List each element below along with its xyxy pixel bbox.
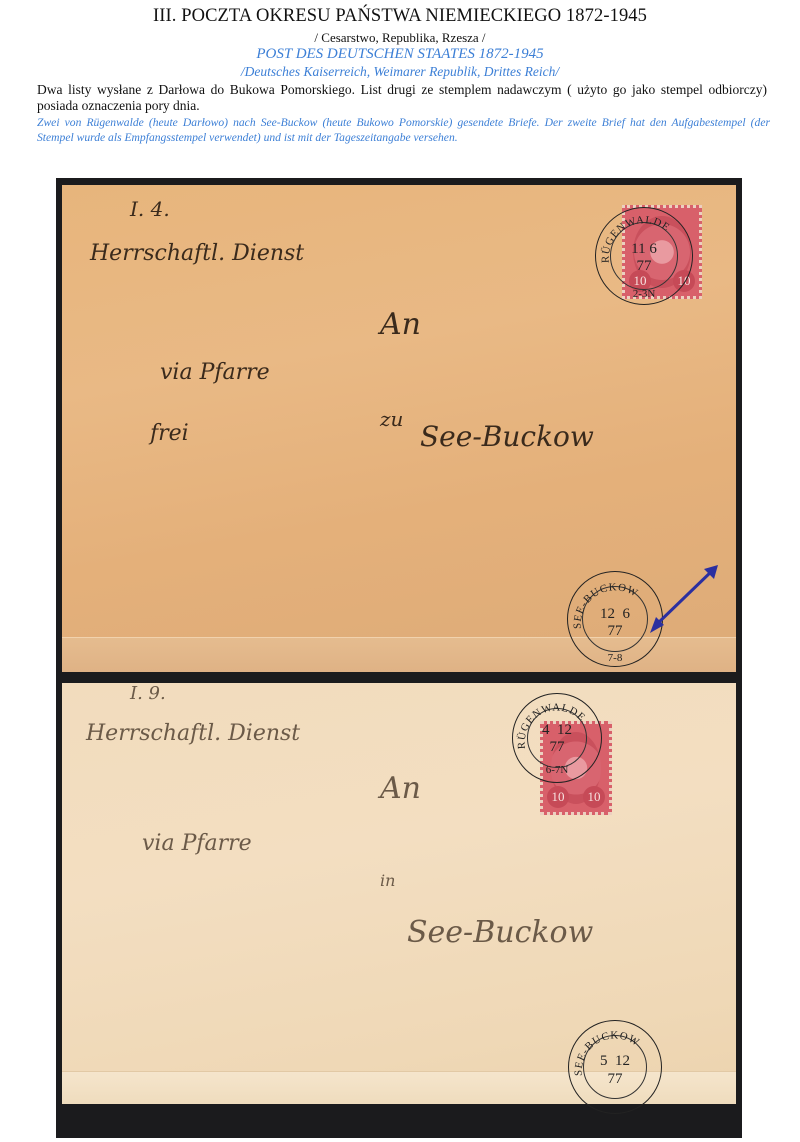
arrow-pointer-icon: [642, 563, 722, 643]
page-subtitle-pl: / Cesarstwo, Republika, Rzesza /: [0, 30, 800, 46]
letter-cover-2: I. 9. Herrschaftl. Dienst An via Pfarre …: [62, 683, 736, 1103]
svg-text:SEE-BUCKOW: SEE-BUCKOW: [572, 581, 641, 629]
handwriting-service: Herrschaftl. Dienst: [90, 241, 304, 266]
page-title: III. POCZTA OKRESU PAŃSTWA NIEMIECKIEGO …: [0, 6, 800, 27]
handwriting-to: in: [380, 871, 395, 890]
handwriting-frei: frei: [150, 421, 189, 446]
svg-text:RÜGENWALDE: RÜGENWALDE: [600, 214, 672, 263]
origin-postmark: 4 12 77 6-7N RÜGENWALDE: [512, 693, 602, 783]
handwriting-via: via Pfarre: [160, 360, 270, 385]
arrival-postmark: 5 12 77 SEE-BUCKOW: [568, 1020, 662, 1114]
origin-postmark: 11 6 77 2-3N RÜGENWALDE: [595, 207, 693, 305]
postmark-town: RÜGENWALDE: [513, 694, 601, 782]
svg-text:SEE-BUCKOW: SEE-BUCKOW: [573, 1029, 642, 1076]
handwriting-service: Herrschaftl. Dienst: [86, 721, 300, 746]
description-pl: Dwa listy wysłane z Darłowa do Bukowa Po…: [37, 82, 767, 114]
page-subtitle-de: /Deutsches Kaiserreich, Weimarer Republi…: [0, 64, 800, 80]
handwriting-destination: See-Buckow: [407, 915, 593, 950]
handwriting-via: via Pfarre: [142, 831, 252, 856]
handwriting-salutation: An: [380, 307, 421, 342]
handwriting-ref: I. 9.: [130, 683, 166, 704]
handwriting-to: zu: [380, 407, 403, 431]
stamp-value: 10: [583, 786, 605, 808]
handwriting-salutation: An: [380, 771, 421, 806]
handwriting-ref: I. 4.: [130, 197, 170, 221]
letter-cover-1: I. 4. Herrschaftl. Dienst An via Pfarre …: [62, 185, 736, 671]
svg-text:RÜGENWALDE: RÜGENWALDE: [516, 702, 588, 750]
postmark-town: RÜGENWALDE: [596, 208, 692, 304]
page-title-de: POST DES DEUTSCHEN STAATES 1872-1945: [0, 46, 800, 63]
postmark-town: SEE-BUCKOW: [569, 1021, 661, 1113]
handwriting-destination: See-Buckow: [420, 420, 594, 453]
stamp-value: 10: [547, 786, 569, 808]
description-de: Zwei von Rügenwalde (heute Darłowo) nach…: [37, 115, 770, 145]
